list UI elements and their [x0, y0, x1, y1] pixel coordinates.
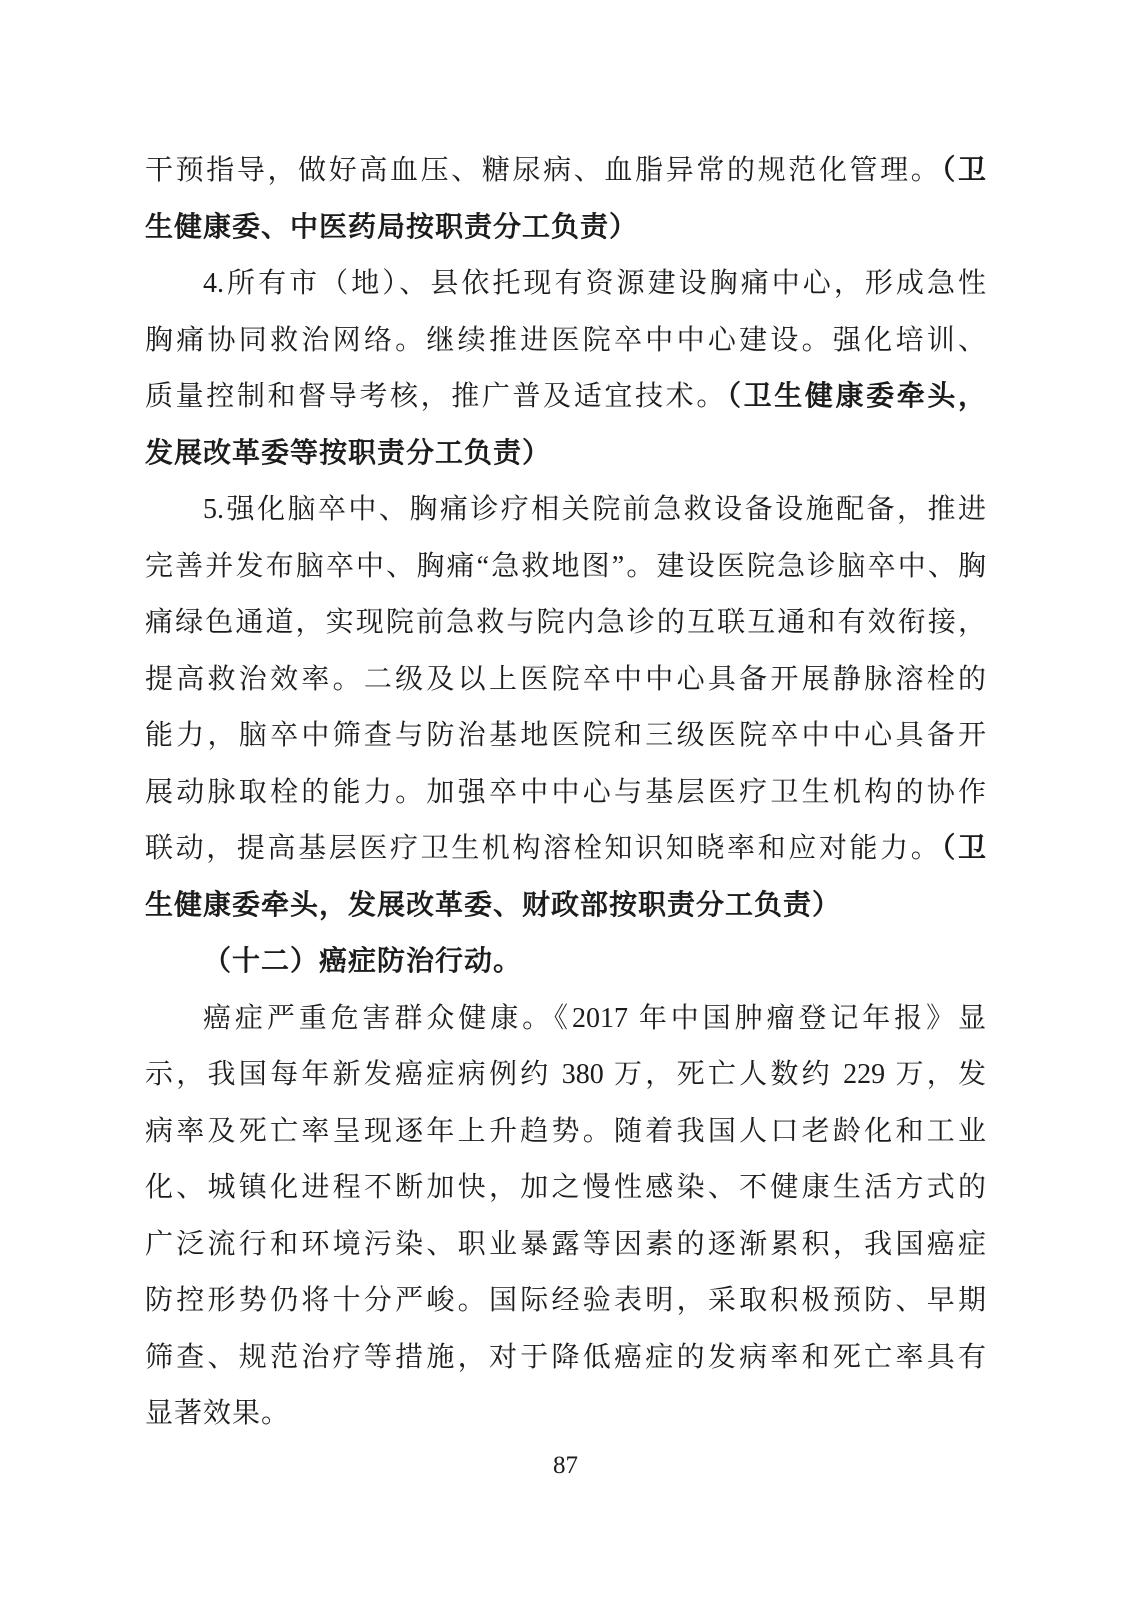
document-body: 干预指导，做好高血压、糖尿病、血脂异常的规范化管理。（卫生健康委、中医药局按职责…: [145, 143, 986, 1443]
body-text: 4.所有市（地）、县依托现有资源建设胸痛中心，形成急性: [203, 268, 986, 299]
responsibility-attribution-text: 生健康委牵头，发展改革委、财政部按职责分工负责）: [145, 890, 841, 921]
text-line: 胸痛协同救治网络。继续推进医院卒中中心建设。强化培训、: [145, 313, 986, 370]
body-text: 联动，提高基层医疗卫生机构溶栓知识知晓率和应对能力。: [145, 833, 941, 864]
body-text: 胸痛协同救治网络。继续推进医院卒中中心建设。强化培训、: [145, 325, 986, 356]
text-line: 提高救治效率。二级及以上医院卒中中心具备开展静脉溶栓的: [145, 652, 986, 709]
body-text: 5.强化脑卒中、胸痛诊疗相关院前急救设备设施配备，推进: [203, 494, 986, 525]
body-text: 化、城镇化进程不断加快，加之慢性感染、不健康生活方式的: [145, 1172, 986, 1203]
body-text: 癌症严重危害群众健康。《2017 年中国肿瘤登记年报》显: [203, 1003, 986, 1034]
document-page: 干预指导，做好高血压、糖尿病、血脂异常的规范化管理。（卫生健康委、中医药局按职责…: [0, 0, 1131, 1600]
responsibility-attribution-text: 发展改革委等按职责分工负责）: [145, 438, 551, 469]
text-line: 完善并发布脑卒中、胸痛“急救地图”。建设医院急诊脑卒中、胸: [145, 539, 986, 596]
text-line: 5.强化脑卒中、胸痛诊疗相关院前急救设备设施配备，推进: [145, 482, 986, 539]
text-line: 发展改革委等按职责分工负责）: [145, 426, 986, 483]
text-line: 筛查、规范治疗等措施，对于降低癌症的发病率和死亡率具有: [145, 1330, 986, 1387]
body-text: 完善并发布脑卒中、胸痛“急救地图”。建设医院急诊脑卒中、胸: [145, 551, 986, 582]
text-line: 干预指导，做好高血压、糖尿病、血脂异常的规范化管理。（卫: [145, 143, 986, 200]
text-line: 痛绿色通道，实现院前急救与院内急诊的互联互通和有效衔接，: [145, 595, 986, 652]
body-text: 干预指导，做好高血压、糖尿病、血脂异常的规范化管理。: [145, 155, 941, 186]
text-line: 显著效果。: [145, 1386, 986, 1443]
body-text: 病率及死亡率呈现逐年上升趋势。随着我国人口老龄化和工业: [145, 1116, 986, 1147]
page-number: 87: [0, 1452, 1131, 1480]
body-text: 广泛流行和环境污染、职业暴露等因素的逐渐累积，我国癌症: [145, 1229, 986, 1260]
text-line: 生健康委、中医药局按职责分工负责）: [145, 200, 986, 257]
text-line: 联动，提高基层医疗卫生机构溶栓知识知晓率和应对能力。（卫: [145, 821, 986, 878]
text-line: 能力，脑卒中筛查与防治基地医院和三级医院卒中中心具备开: [145, 708, 986, 765]
body-text: 筛查、规范治疗等措施，对于降低癌症的发病率和死亡率具有: [145, 1342, 986, 1373]
section-heading: （十二）癌症防治行动。: [145, 934, 986, 991]
text-line: 示，我国每年新发癌症病例约 380 万，死亡人数约 229 万，发: [145, 1047, 986, 1104]
body-text: 展动脉取栓的能力。加强卒中中心与基层医疗卫生机构的协作: [145, 777, 986, 808]
text-line: 化、城镇化进程不断加快，加之慢性感染、不健康生活方式的: [145, 1160, 986, 1217]
responsibility-attribution-text: 生健康委、中医药局按职责分工负责）: [145, 212, 638, 243]
text-line: 防控形势仍将十分严峻。国际经验表明，采取积极预防、早期: [145, 1273, 986, 1330]
body-text: 痛绿色通道，实现院前急救与院内急诊的互联互通和有效衔接，: [145, 607, 986, 638]
responsibility-attribution-text: （卫: [941, 833, 986, 864]
text-line: 癌症严重危害群众健康。《2017 年中国肿瘤登记年报》显: [145, 991, 986, 1048]
body-text: 提高救治效率。二级及以上医院卒中中心具备开展静脉溶栓的: [145, 664, 986, 695]
body-text: 示，我国每年新发癌症病例约 380 万，死亡人数约 229 万，发: [145, 1059, 986, 1090]
text-line: 广泛流行和环境污染、职业暴露等因素的逐渐累积，我国癌症: [145, 1217, 986, 1274]
section-heading-text: （十二）癌症防治行动。: [203, 946, 522, 977]
text-line: 质量控制和督导考核，推广普及适宜技术。（卫生健康委牵头，: [145, 369, 986, 426]
body-text: 能力，脑卒中筛查与防治基地医院和三级医院卒中中心具备开: [145, 720, 986, 751]
text-line: 病率及死亡率呈现逐年上升趋势。随着我国人口老龄化和工业: [145, 1104, 986, 1161]
body-text: 显著效果。: [145, 1398, 290, 1429]
responsibility-attribution-text: （卫: [941, 155, 986, 186]
body-text: 防控形势仍将十分严峻。国际经验表明，采取积极预防、早期: [145, 1285, 986, 1316]
text-line: 4.所有市（地）、县依托现有资源建设胸痛中心，形成急性: [145, 256, 986, 313]
text-line: 生健康委牵头，发展改革委、财政部按职责分工负责）: [145, 878, 986, 935]
body-text: 质量控制和督导考核，推广普及适宜技术。: [145, 381, 727, 412]
text-line: 展动脉取栓的能力。加强卒中中心与基层医疗卫生机构的协作: [145, 765, 986, 822]
responsibility-attribution-text: （卫生健康委牵头，: [727, 381, 986, 412]
